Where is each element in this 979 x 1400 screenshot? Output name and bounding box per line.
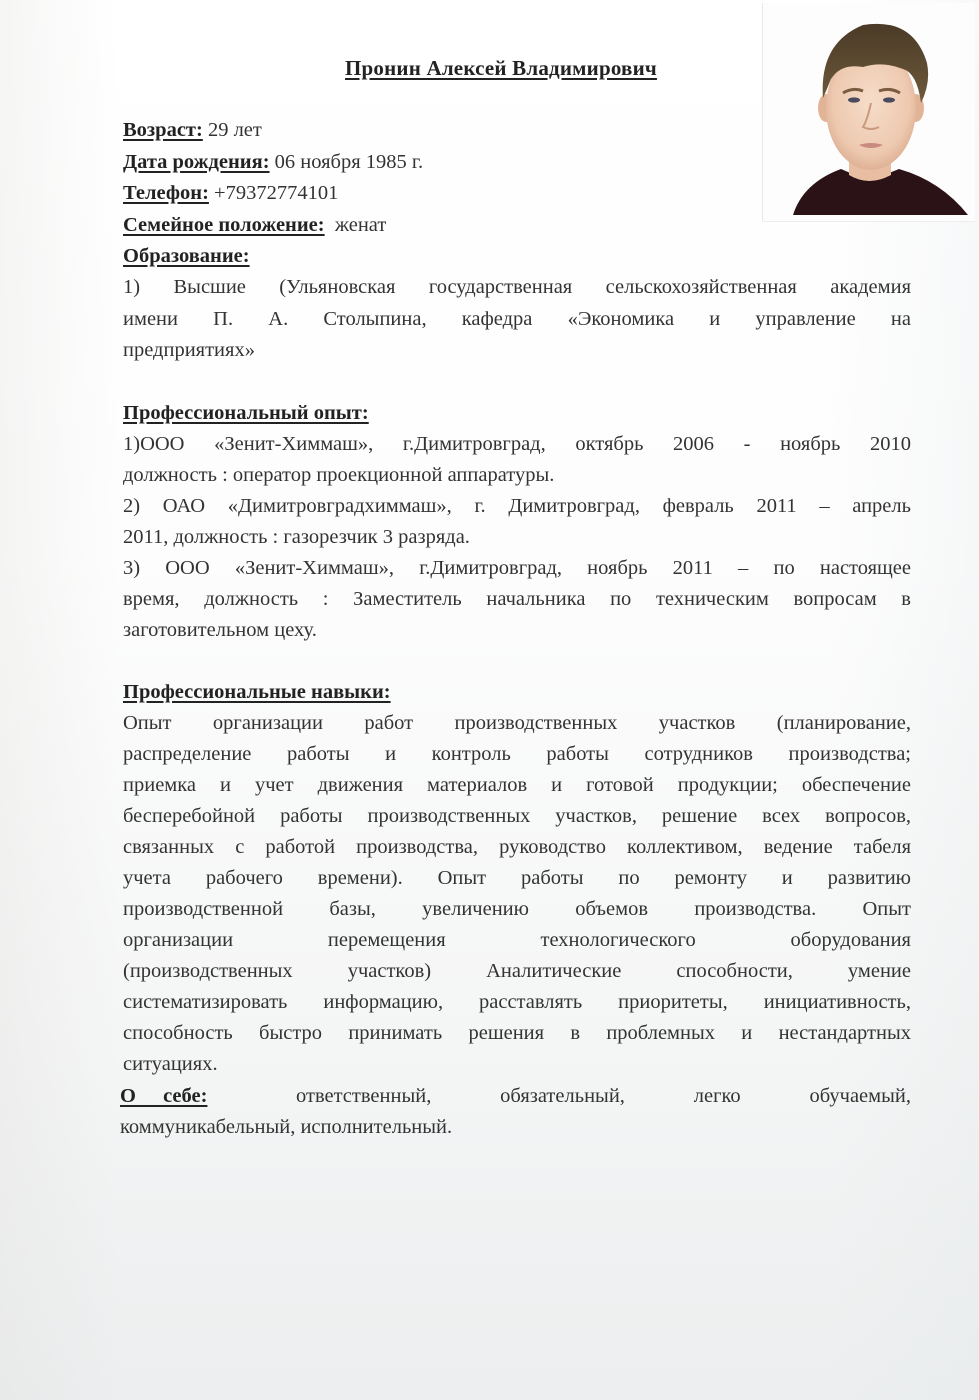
skills-line: организации перемещения технологического… bbox=[123, 925, 911, 956]
education-line: имени П. А. Столыпина, кафедра «Экономик… bbox=[123, 304, 911, 335]
skills-line: производственной базы, увеличению объемо… bbox=[123, 894, 911, 925]
marital-label: Семейное положение: bbox=[123, 214, 325, 236]
experience-label: Профессиональный опыт: bbox=[123, 402, 369, 424]
experience-line: время, должность : Заместитель начальник… bbox=[123, 584, 911, 615]
phone-label: Телефон: bbox=[123, 182, 209, 204]
about-traits: ответственный, обязательный, легко обуча… bbox=[296, 1081, 911, 1112]
experience-heading: Профессиональный опыт: bbox=[123, 398, 911, 429]
skills-line: учета рабочего времени). Опыт работы по … bbox=[123, 863, 911, 894]
about-label: О себе: bbox=[120, 1081, 207, 1112]
skills-line: Опыт организации работ производственных … bbox=[123, 708, 911, 739]
birthdate-label: Дата рождения: bbox=[123, 151, 270, 173]
skills-line: систематизировать информацию, расставлят… bbox=[123, 987, 911, 1018]
experience-line: должность : оператор проекционной аппара… bbox=[123, 460, 911, 491]
skills-line: приемка и учет движения материалов и гот… bbox=[123, 770, 911, 801]
age-label: Возраст: bbox=[123, 119, 203, 141]
skills-line: бесперебойной работы производственных уч… bbox=[123, 801, 911, 832]
age-value: 29 лет bbox=[203, 119, 262, 141]
education-heading: Образование: bbox=[123, 241, 911, 272]
experience-line: 2011, должность : газорезчик 3 разряда. bbox=[123, 522, 911, 553]
birthdate-row: Дата рождения: 06 ноября 1985 г. bbox=[123, 147, 911, 178]
skills-heading: Профессиональные навыки: bbox=[123, 677, 911, 708]
skills-line: (производственных участков) Аналитически… bbox=[123, 956, 911, 987]
skills-line: ситуациях. bbox=[123, 1049, 911, 1080]
marital-row: Семейное положение: женат bbox=[123, 210, 911, 241]
about-line: коммуникабельный, исполнительный. bbox=[120, 1112, 908, 1143]
education-line: 1) Высшие (Ульяновская государственная с… bbox=[123, 272, 911, 303]
resume-name-title: Пронин Алексей Владимирович bbox=[345, 56, 657, 81]
phone-row: Телефон: +79372774101 bbox=[123, 178, 911, 209]
education-line: предприятиях» bbox=[123, 335, 911, 366]
skills-line: распределение работы и контроль работы с… bbox=[123, 739, 911, 770]
phone-value: +79372774101 bbox=[209, 182, 338, 204]
experience-line: заготовительном цеху. bbox=[123, 615, 911, 646]
education-label: Образование: bbox=[123, 245, 250, 267]
about-row: О себе: ответственный, обязательный, лег… bbox=[120, 1081, 911, 1112]
experience-line: 1)ООО «Зенит-Химмаш», г.Димитровград, ок… bbox=[123, 429, 911, 460]
age-row: Возраст: 29 лет bbox=[123, 115, 911, 146]
experience-line: 3) ООО «Зенит-Химмаш», г.Димитровград, н… bbox=[123, 553, 911, 584]
marital-value: женат bbox=[325, 214, 387, 236]
skills-line: связанных с работой производства, руково… bbox=[123, 832, 911, 863]
skills-line: способность быстро принимать решения в п… bbox=[123, 1018, 911, 1049]
birthdate-value: 06 ноября 1985 г. bbox=[270, 151, 424, 173]
experience-line: 2) ОАО «Димитровградхиммаш», г. Димитров… bbox=[123, 491, 911, 522]
skills-label: Профессиональные навыки: bbox=[123, 681, 391, 703]
